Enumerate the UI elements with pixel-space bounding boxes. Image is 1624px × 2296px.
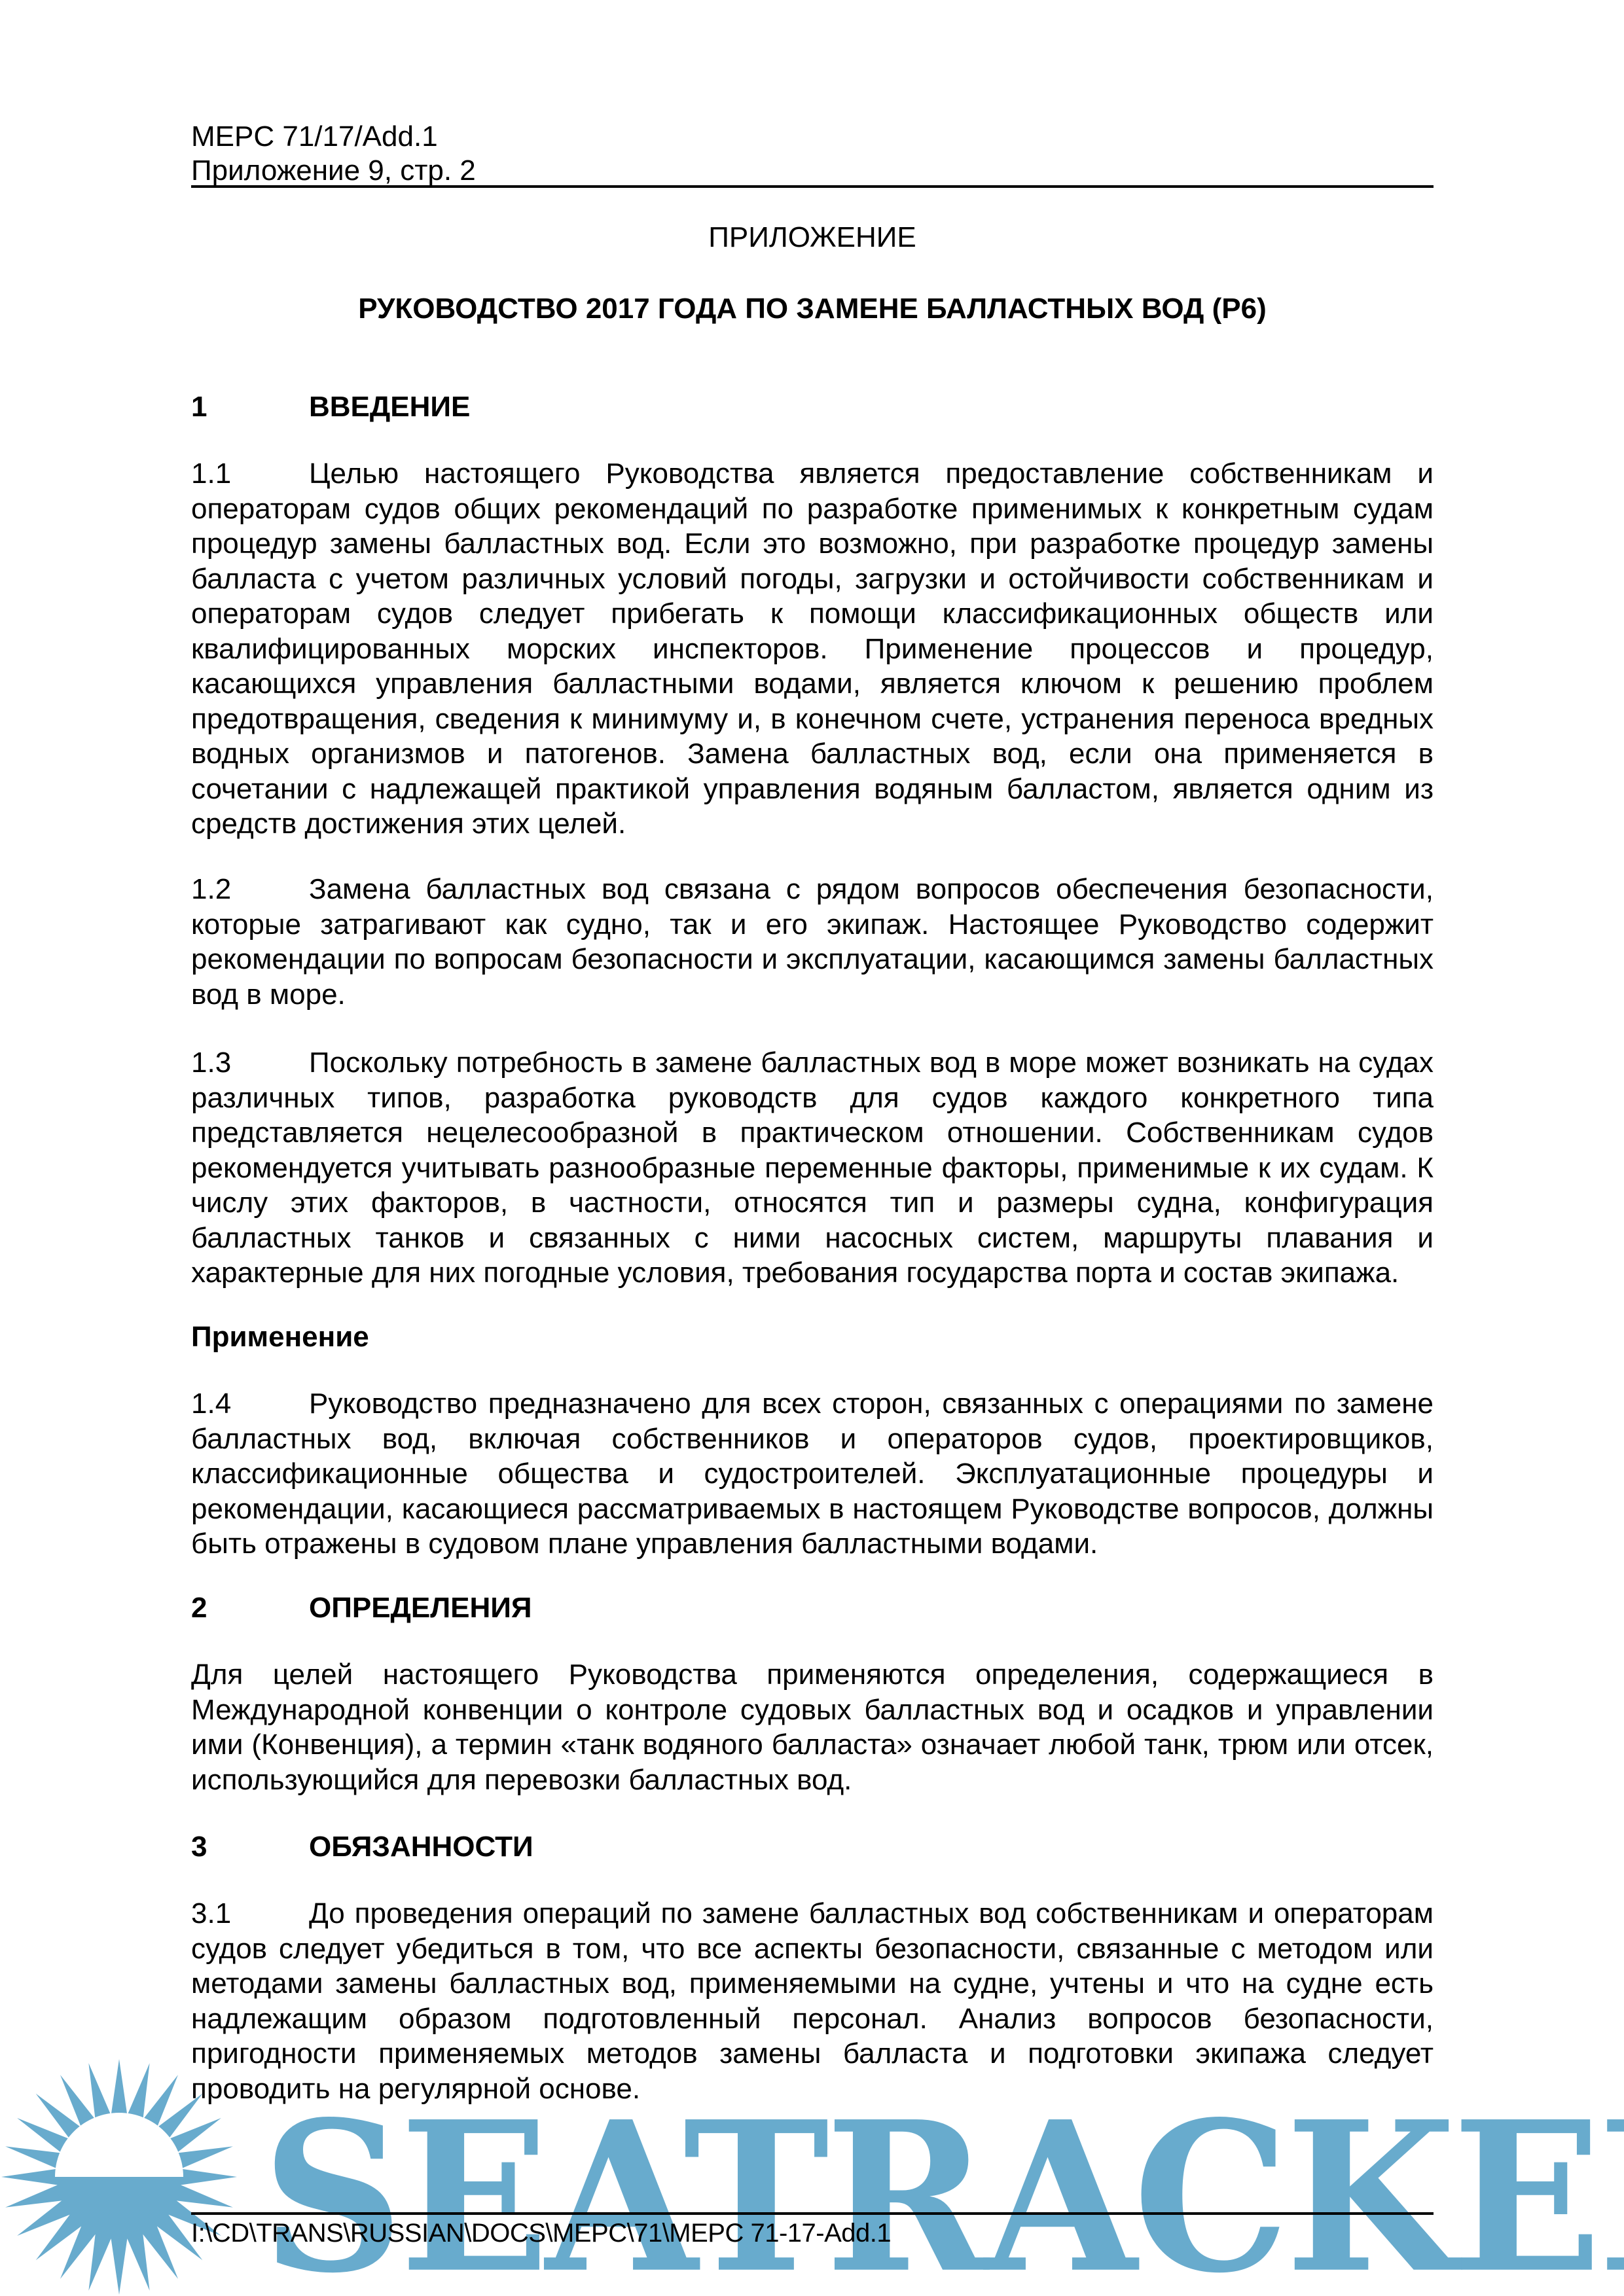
section-title: ВВЕДЕНИЕ (309, 391, 470, 423)
paragraph-number: 1.1 (191, 456, 309, 492)
section-heading-2: 2ОПРЕДЕЛЕНИЯ (191, 1592, 532, 1624)
paragraph-text: Целью настоящего Руководства является пр… (191, 457, 1434, 840)
subheading-application: Применение (191, 1321, 369, 1354)
section-heading-3: 3ОБЯЗАННОСТИ (191, 1831, 533, 1863)
paragraph-number: 3.1 (191, 1896, 309, 1931)
document-title: РУКОВОДСТВО 2017 ГОДА ПО ЗАМЕНЕ БАЛЛАСТН… (191, 293, 1434, 325)
paragraph-text: Замена балластных вод связана с рядом во… (191, 873, 1434, 1011)
watermark-text: SEATRACKER.RU (262, 2094, 1624, 2296)
paragraph-1-1: 1.1Целью настоящего Руководства является… (191, 456, 1434, 842)
paragraph-1-4: 1.4Руководство предназначено для всех ст… (191, 1386, 1434, 1562)
section-number: 3 (191, 1831, 309, 1863)
annex-label: ПРИЛОЖЕНИЕ (191, 221, 1434, 254)
section-number: 1 (191, 391, 309, 423)
paragraph-number: 1.4 (191, 1386, 309, 1422)
paragraph-3-1: 3.1До проведения операций по замене балл… (191, 1896, 1434, 2106)
paragraph-number: 1.2 (191, 872, 309, 907)
paragraph-text: Руководство предназначено для всех сторо… (191, 1388, 1434, 1560)
paragraph-number: 1.3 (191, 1045, 309, 1081)
footer-file-path: I:\CD\TRANS\RUSSIAN\DOCS\MEPC\71\MEPC 71… (191, 2219, 891, 2248)
paragraph-2: Для целей настоящего Руководства применя… (191, 1657, 1434, 1797)
paragraph-1-2: 1.2Замена балластных вод связана с рядом… (191, 872, 1434, 1012)
paragraph-text: Поскольку потребность в замене балластны… (191, 1047, 1434, 1289)
section-heading-1: 1ВВЕДЕНИЕ (191, 391, 470, 423)
paragraph-text: Для целей настоящего Руководства применя… (191, 1659, 1434, 1796)
footer-divider (191, 2212, 1434, 2215)
paragraph-1-3: 1.3Поскольку потребность в замене баллас… (191, 1045, 1434, 1291)
section-title: ОБЯЗАННОСТИ (309, 1831, 533, 1863)
section-number: 2 (191, 1592, 309, 1624)
header-divider (191, 185, 1434, 188)
document-header: MEPC 71/17/Add.1 Приложение 9, стр. 2 (191, 120, 476, 188)
page-reference: Приложение 9, стр. 2 (191, 154, 476, 188)
section-title: ОПРЕДЕЛЕНИЯ (309, 1592, 532, 1624)
doc-symbol: MEPC 71/17/Add.1 (191, 120, 476, 154)
paragraph-text: До проведения операций по замене балласт… (191, 1897, 1434, 2105)
